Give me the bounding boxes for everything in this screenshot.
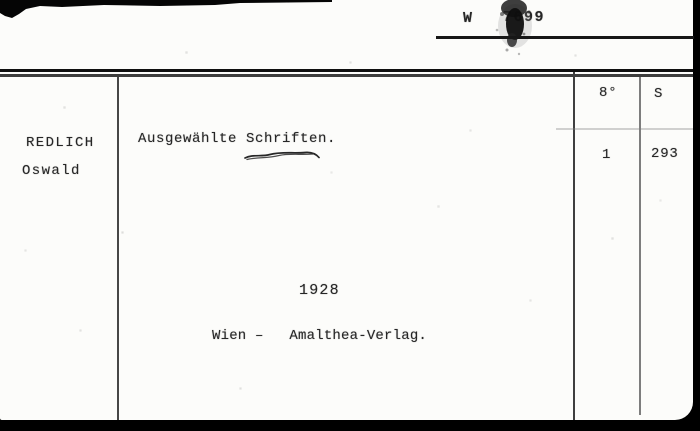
publication-year: 1928 xyxy=(299,283,340,298)
size-code: S xyxy=(654,87,663,101)
volume-count: 1 xyxy=(602,148,611,162)
card-title: Ausgewählte Schriften. xyxy=(138,132,336,146)
author-forename: Oswald xyxy=(22,164,81,178)
title-underline-squiggle-icon xyxy=(243,149,321,163)
ink-blot-icon xyxy=(489,0,541,62)
catalog-card-scan: W 7699 REDLICH Oswald Ausgewählte Schrif… xyxy=(0,0,700,431)
format-code: 8° xyxy=(599,86,617,100)
card-paper xyxy=(0,0,693,420)
imprint-line: Wien – Amalthea-Verlag. xyxy=(212,329,427,343)
codes-row-divider xyxy=(556,128,693,130)
author-column-divider xyxy=(117,77,119,420)
author-surname: REDLICH xyxy=(26,136,95,150)
header-underline-rule xyxy=(436,36,694,39)
card-top-rule-lower xyxy=(0,74,693,77)
page-count: 293 xyxy=(651,147,679,161)
codes-column-divider xyxy=(573,72,575,420)
shelf-letter: W xyxy=(463,11,474,26)
card-top-rule-upper xyxy=(0,69,693,72)
